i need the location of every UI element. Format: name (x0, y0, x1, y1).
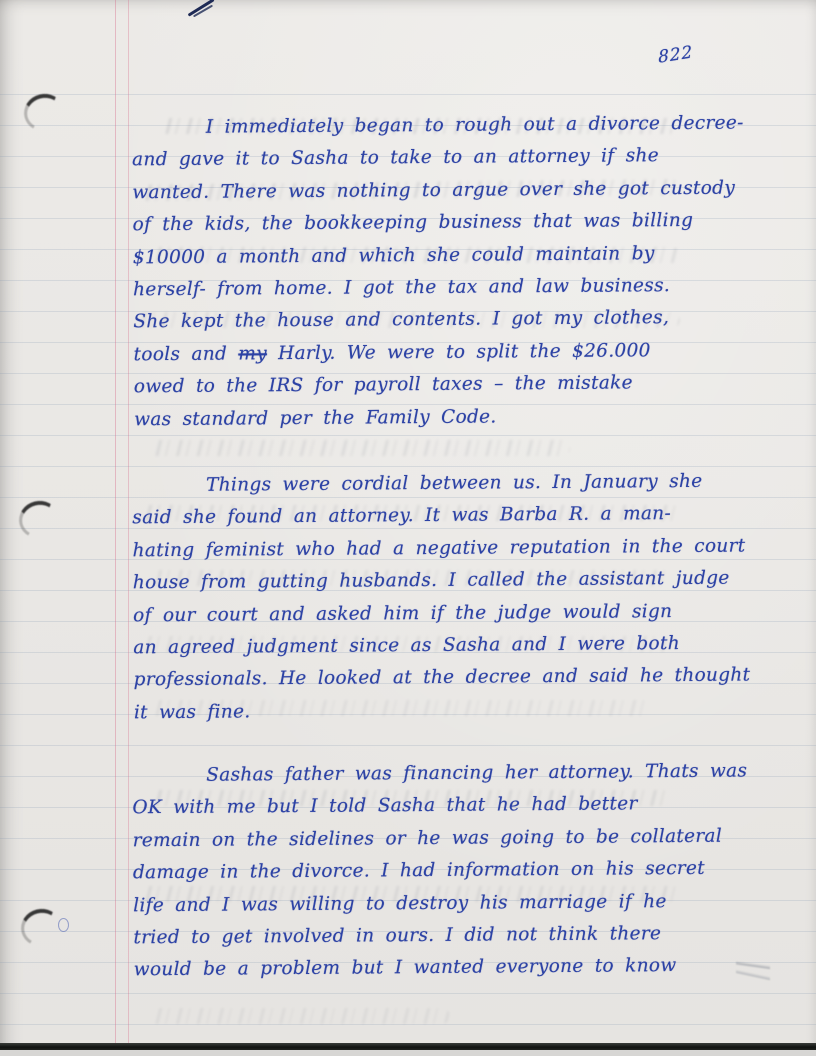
handwritten-line: house from gutting husbands. I called th… (133, 563, 719, 600)
handwritten-line: was standard per the Family Code. (134, 399, 720, 436)
line-segment: tools and (134, 343, 239, 365)
handwritten-line: hating feminist who had a negative reput… (133, 531, 719, 568)
handwritten-line: professionals. He looked at the decree a… (134, 660, 720, 697)
handwritten-line: Things were cordial between us. In Janua… (132, 466, 718, 503)
handwritten-line: of our court and asked him if the judge … (133, 595, 719, 632)
handwritten-line: tried to get involved in ours. I did not… (133, 918, 719, 955)
handwritten-line: OK with me but I told Sasha that he had … (132, 788, 718, 825)
hole-punch-top (20, 90, 68, 136)
handwritten-line: $10000 a month and which she could maint… (133, 237, 719, 274)
pen-checkmark-icon (182, 0, 222, 22)
bleedthrough-smudge (150, 440, 570, 456)
scan-edge-shadow (0, 1043, 816, 1050)
handwritten-line: would be a problem but I wanted everyone… (134, 950, 720, 987)
hole-punch-middle (15, 497, 63, 543)
scanned-handwritten-page: 822 I immediately began to rough out a d… (0, 0, 816, 1056)
handwritten-line: an agreed judgment since as Sasha and I … (133, 628, 719, 665)
page-number: 822 (658, 44, 694, 67)
handwritten-line: She kept the house and contents. I got m… (133, 302, 719, 339)
bleedthrough-numeral-smudge (736, 952, 770, 996)
handwritten-line: wanted. There was nothing to argue over … (132, 173, 718, 210)
handwritten-line: herself- from home. I got the tax and la… (133, 270, 719, 307)
handwritten-line: life and I was willing to destroy his ma… (133, 885, 719, 922)
page-bottom-edge (0, 1040, 816, 1056)
pen-stroke (188, 0, 215, 16)
handwritten-line: said she found an attorney. It was Barba… (132, 498, 718, 535)
handwritten-line: Sashas father was financing her attorney… (132, 756, 718, 793)
line-segment: Harly. We were to split the $26.000 (267, 340, 651, 364)
handwritten-line-with-strikeout: tools and my Harly. We were to split the… (134, 335, 720, 372)
paragraph-3: Sashas father was financing her attorney… (132, 756, 720, 987)
handwritten-line: it was fine. (134, 693, 720, 730)
handwritten-line: and gave it to Sasha to take to an attor… (132, 140, 718, 177)
stray-ink-mark (58, 918, 69, 932)
paragraph-1: I immediately began to rough out a divor… (132, 108, 721, 437)
handwritten-line: of the kids, the bookkeeping business th… (133, 205, 719, 242)
margin-line (115, 0, 129, 1056)
paragraph-2: Things were cordial between us. In Janua… (132, 466, 720, 730)
handwritten-line: owed to the IRS for payroll taxes – the … (134, 367, 720, 404)
struck-out-word: my (238, 343, 267, 364)
handwritten-line: damage in the divorce. I had information… (133, 853, 719, 890)
handwritten-line: I immediately began to rough out a divor… (132, 108, 718, 145)
handwritten-line: remain on the sidelines or he was going … (133, 821, 719, 858)
bleedthrough-smudge (150, 1008, 450, 1024)
scanner-background-strip (0, 1050, 816, 1056)
